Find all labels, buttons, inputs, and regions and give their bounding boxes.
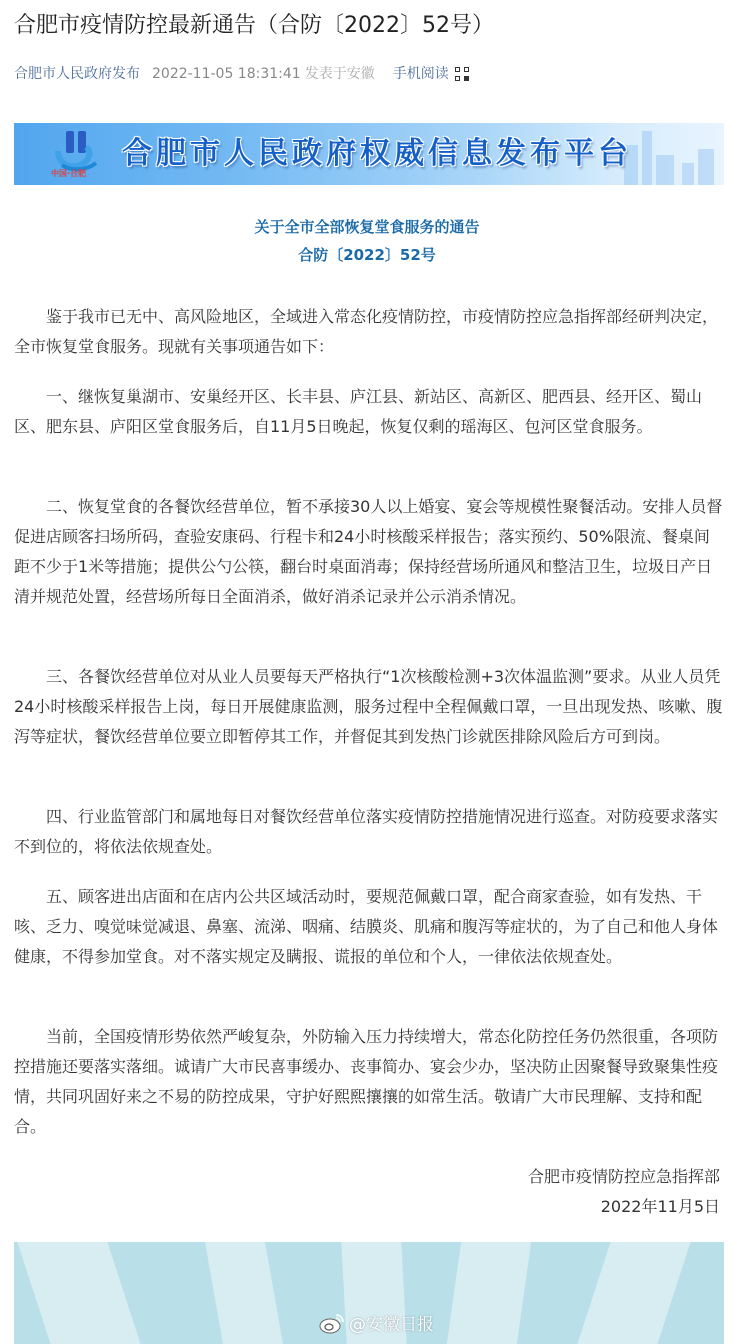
paragraph-item-2: 二、恢复堂食的各餐饮经营单位，暂不承接30人以上婚宴、宴会等规模性聚餐活动。安排… bbox=[14, 492, 724, 612]
qr-code-icon[interactable] bbox=[455, 67, 469, 81]
article-title: 合肥市疫情防控最新通告（合防〔2022〕52号） bbox=[14, 10, 724, 42]
notice-number: 合防〔2022〕52号 bbox=[0, 242, 734, 268]
paragraph-item-3: 三、各餐饮经营单位对从业人员要每天严格执行“1次核酸检测+3次体温监测”要求。从… bbox=[14, 662, 724, 752]
paragraph-item-1: 一、继恢复巢湖市、安巢经开区、长丰县、庐江县、新站区、高新区、肥西县、经开区、蜀… bbox=[14, 382, 724, 442]
article-meta: 合肥市人民政府发布 2022-11-05 18:31:41 发表于安徽 手机阅读 bbox=[14, 62, 469, 86]
banner-title: 合肥市人民政府权威信息发布平台 bbox=[122, 134, 632, 174]
banner-image: 中国·合肥 合肥市人民政府权威信息发布平台 bbox=[14, 123, 724, 185]
logo-caption: 中国·合肥 bbox=[51, 168, 86, 179]
publish-time: 2022-11-05 18:31:41 bbox=[152, 62, 301, 86]
paragraph-item-4: 四、行业监管部门和属地每日对餐饮经营单位落实疫情防控措施情况进行巡查。对防疫要求… bbox=[14, 802, 724, 862]
signature-issuer: 合肥市疫情防控应急指挥部 bbox=[528, 1162, 720, 1192]
paragraph-closing: 当前，全国疫情形势依然严峻复杂，外防输入压力持续增大，常态化防控任务仍然很重，各… bbox=[14, 1022, 724, 1142]
paragraph-item-5: 五、顾客进出店面和在店内公共区域活动时，要规范佩戴口罩，配合商家查验，如有发热、… bbox=[14, 882, 724, 972]
watermark: @安徽日报 bbox=[319, 1310, 434, 1335]
bottom-image: @安徽日报 bbox=[14, 1242, 724, 1344]
signature-date: 2022年11月5日 bbox=[601, 1192, 720, 1222]
notice-heading: 关于全市全部恢复堂食服务的通告 bbox=[0, 214, 734, 240]
mobile-read-link[interactable]: 手机阅读 bbox=[393, 62, 449, 86]
weibo-icon bbox=[319, 1312, 345, 1334]
watermark-text: @安徽日报 bbox=[349, 1310, 434, 1335]
publish-location: 发表于安徽 bbox=[305, 62, 375, 86]
paragraph-intro: 鉴于我市已无中、高风险地区，全域进入常态化疫情防控，市疫情防控应急指挥部经研判决… bbox=[14, 302, 724, 362]
source-link[interactable]: 合肥市人民政府发布 bbox=[14, 62, 140, 86]
